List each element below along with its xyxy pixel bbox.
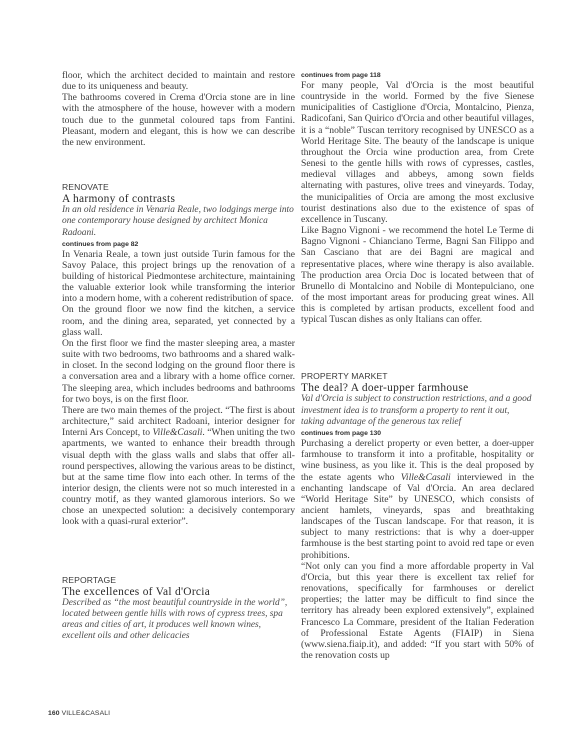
article-standfirst: Described as “the most beautiful country… bbox=[62, 598, 295, 643]
section-kicker: REPORTAGE bbox=[62, 575, 295, 586]
article-standfirst: In an old residence in Venaria Reale, tw… bbox=[62, 205, 295, 239]
brand-name: Ville&Casali bbox=[401, 472, 451, 483]
right-column: continues from page 118 For many people,… bbox=[301, 70, 534, 661]
renovate-section: RENOVATE A harmony of contrasts In an ol… bbox=[62, 182, 295, 528]
body-paragraph: On the first floor we find the master sl… bbox=[62, 338, 295, 405]
body-paragraph: Purchasing a derelict property or even b… bbox=[301, 438, 534, 561]
body-paragraph: For many people, Val d'Orcia is the most… bbox=[301, 80, 534, 225]
quote-paragraph: “Not only can you find a more affordable… bbox=[301, 561, 534, 661]
quote-paragraph: There are two main themes of the project… bbox=[62, 405, 295, 528]
reportage-section: REPORTAGE The excellences of Val d'Orcia… bbox=[62, 575, 295, 643]
body-paragraph: In Venaria Reale, a town just outside Tu… bbox=[62, 249, 295, 305]
article-headline: The excellences of Val d'Orcia bbox=[62, 586, 295, 598]
body-paragraph: Like Bagno Vignoni - we recommend the ho… bbox=[301, 225, 534, 325]
section-kicker: PROPERTY MARKET bbox=[301, 371, 534, 382]
article-standfirst: Val d'Orcia is subject to construction r… bbox=[301, 394, 534, 428]
brand-name: Ville&Casali bbox=[152, 427, 202, 438]
continues-label: continues from page 130 bbox=[301, 429, 534, 438]
intro-paragraph: floor, which the architect decided to ma… bbox=[62, 70, 295, 92]
article-headline: The deal? A doer-upper farmhouse bbox=[301, 382, 534, 394]
page-number: 160 bbox=[48, 710, 60, 717]
section-kicker: RENOVATE bbox=[62, 182, 295, 193]
body-paragraph: On the ground floor we now find the kitc… bbox=[62, 304, 295, 337]
article-headline: A harmony of contrasts bbox=[62, 193, 295, 205]
left-column: floor, which the architect decided to ma… bbox=[62, 70, 295, 642]
continues-label: continues from page 82 bbox=[62, 240, 295, 249]
continues-label: continues from page 118 bbox=[301, 71, 534, 80]
page-footer: 160 VILLE&CASALI bbox=[48, 710, 110, 717]
intro-paragraph: The bathrooms covered in Crema d'Orcia s… bbox=[62, 92, 295, 148]
magazine-name: VILLE&CASALI bbox=[62, 710, 110, 717]
reportage-continued-section: continues from page 118 For many people,… bbox=[301, 71, 534, 325]
property-market-section: PROPERTY MARKET The deal? A doer-upper f… bbox=[301, 371, 534, 661]
